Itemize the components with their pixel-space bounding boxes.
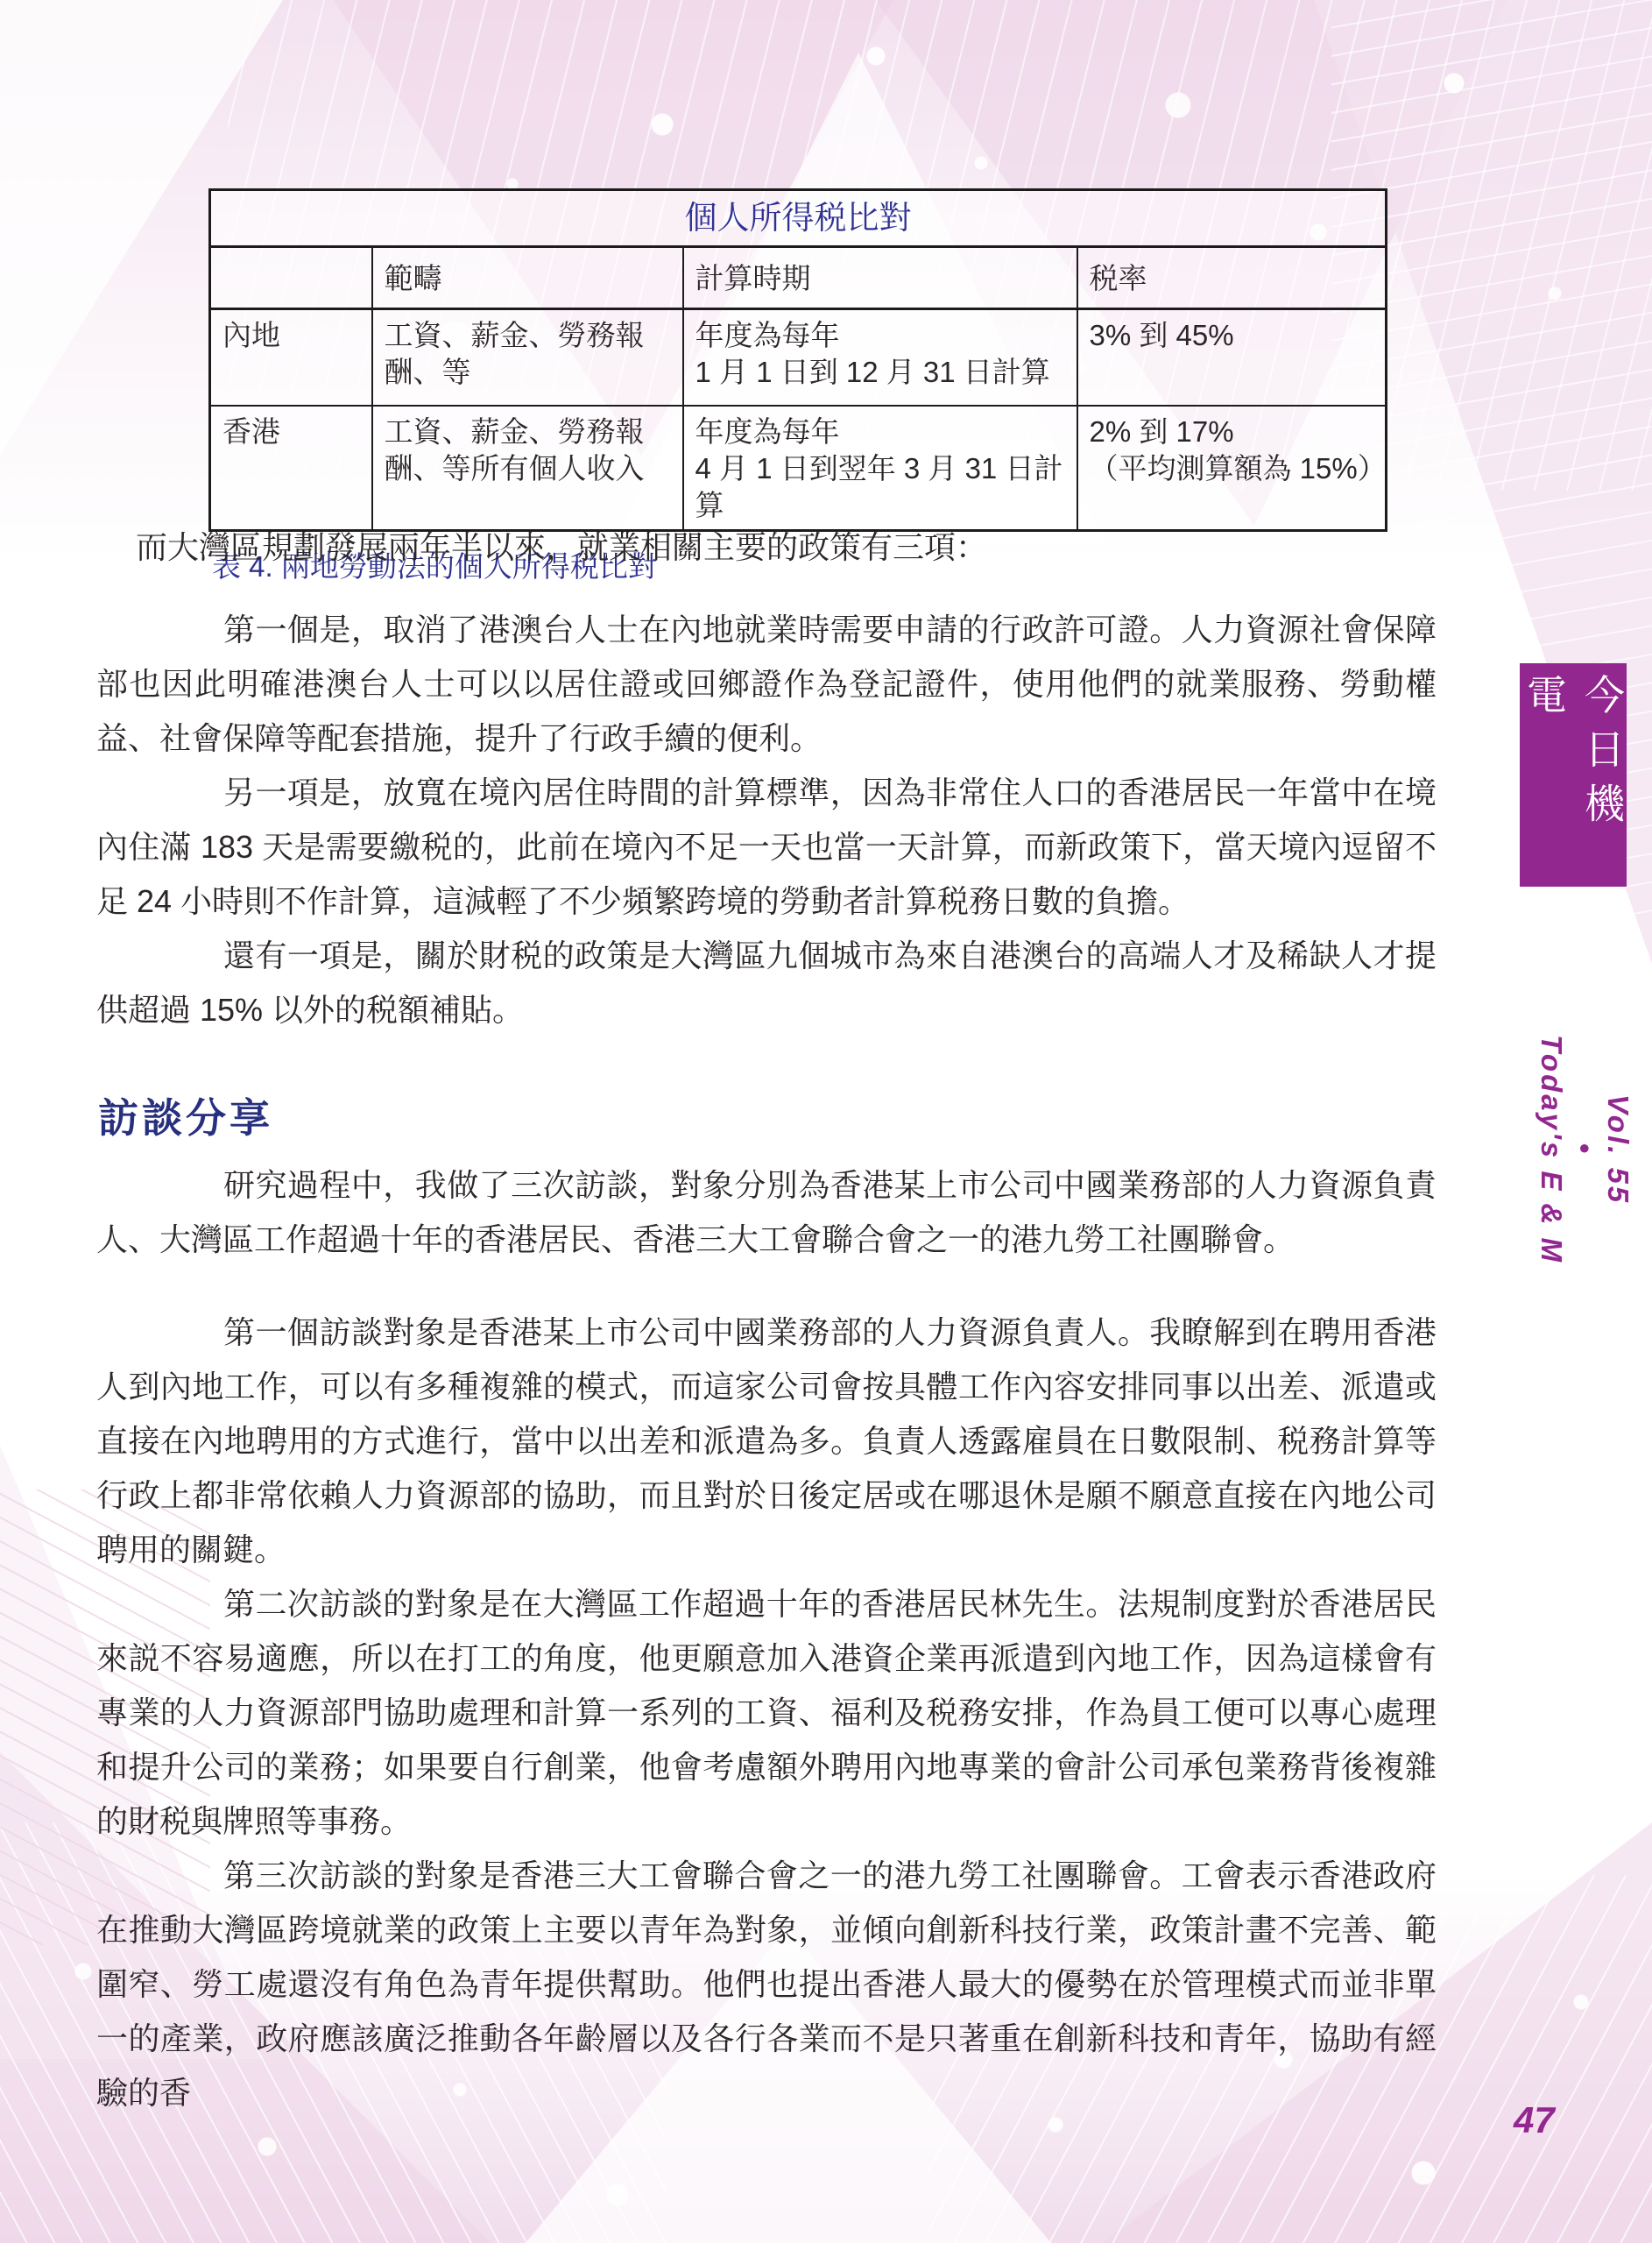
cell-period: 年度為每年 4 月 1 日到翌年 3 月 31 日計算 [683, 406, 1077, 531]
column-header-scope: 範疇 [372, 247, 683, 309]
cell-region: 內地 [210, 309, 372, 407]
cell-rate: 3% 到 45% [1077, 309, 1387, 407]
paragraph: 第一個是，取消了港澳台人士在內地就業時需要申請的行政許可證。人力資源社會保障部也… [96, 603, 1437, 766]
column-header-period: 計算時期 [683, 247, 1077, 309]
journal-volume: Vol. 55 [1601, 1094, 1634, 1205]
cell-rate: 2% 到 17% （平均測算額為 15%） [1077, 406, 1387, 531]
masthead-title-cjk: 今日機電 [1515, 663, 1631, 887]
paragraph: 第二次訪談的對象是在大灣區工作超過十年的香港居民林先生。法規制度對於香港居民來説… [96, 1577, 1437, 1849]
paragraph: 第一個訪談對象是香港某上市公司中國業務部的人力資源負責人。我瞭解到在聘用香港人到… [96, 1305, 1437, 1577]
cell-scope: 工資、薪金、勞務報酬、等所有個人收入 [372, 406, 683, 531]
tax-comparison-table: 個人所得税比對 範疇 計算時期 税率 內地 工資、薪金、勞務報酬、等 年度為每年… [208, 188, 1387, 532]
edge-journal-title: Today's E & M • Vol. 55 [1535, 895, 1589, 1404]
table-row-hongkong: 香港 工資、薪金、勞務報酬、等所有個人收入 年度為每年 4 月 1 日到翌年 3… [210, 406, 1387, 531]
magazine-page: { "colors": { "purple": "#92278F", "tabl… [0, 0, 1652, 2243]
period-line: 4 月 1 日到翌年 3 月 31 日計算 [695, 450, 1065, 524]
column-header-empty [210, 247, 372, 309]
table-row-mainland: 內地 工資、薪金、勞務報酬、等 年度為每年 1 月 1 日到 12 月 31 日… [210, 309, 1387, 407]
period-line: 年度為每年 [695, 317, 1065, 354]
journal-title-en: Today's E & M [1535, 1035, 1568, 1264]
rate-line: 3% 到 45% [1090, 317, 1374, 354]
rate-line: （平均測算額為 15%） [1090, 450, 1374, 487]
paragraph: 而大灣區規劃發展兩年半以來，就業相關主要的政策有三項： [96, 520, 1437, 575]
rate-line: 2% 到 17% [1090, 414, 1374, 450]
table-title: 個人所得税比對 [210, 190, 1387, 247]
period-line: 1 月 1 日到 12 月 31 日計算 [695, 354, 1065, 391]
article-body: 而大灣區規劃發展兩年半以來，就業相關主要的政策有三項： 第一個是，取消了港澳台人… [96, 520, 1437, 2120]
column-header-rate: 税率 [1077, 247, 1387, 309]
masthead-box: 今日機電 [1520, 663, 1627, 887]
paragraph: 還有一項是，關於財税的政策是大灣區九個城市為來自港澳台的高端人才及稀缺人才提供超… [96, 929, 1437, 1037]
period-line: 年度為每年 [695, 414, 1065, 450]
cell-period: 年度為每年 1 月 1 日到 12 月 31 日計算 [683, 309, 1077, 407]
paragraph: 另一項是，放寬在境內居住時間的計算標準，因為非常住人口的香港居民一年當中在境內住… [96, 766, 1437, 929]
cell-scope: 工資、薪金、勞務報酬、等 [372, 309, 683, 407]
paragraph: 第三次訪談的對象是香港三大工會聯合會之一的港九勞工社團聯會。工會表示香港政府在推… [96, 1849, 1437, 2120]
section-heading: 訪談分享 [98, 1092, 1437, 1144]
page-number: 47 [1514, 2099, 1555, 2141]
bullet-separator: • [1568, 1143, 1601, 1157]
paragraph: 研究過程中，我做了三次訪談，對象分別為香港某上市公司中國業務部的人力資源負責人、… [96, 1158, 1437, 1267]
cell-region: 香港 [210, 406, 372, 531]
